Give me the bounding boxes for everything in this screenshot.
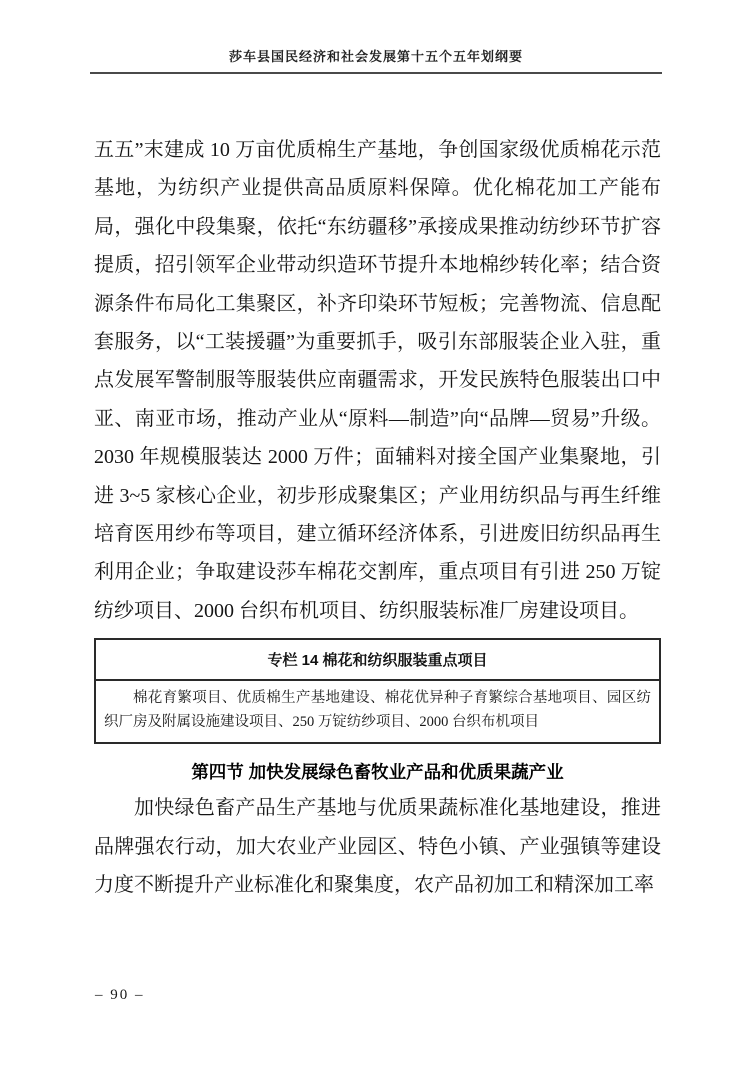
section-heading: 第四节 加快发展绿色畜牧业产品和优质果蔬产业 — [94, 759, 661, 784]
document-page: 莎车县国民经济和社会发展第十五个五年划纲要 五五”末建成 10 万亩优质棉生产基… — [0, 0, 753, 1066]
paragraph-textile-industry: 五五”末建成 10 万亩优质棉生产基地，争创国家级优质棉花示范基地，为纺织产业提… — [94, 131, 661, 630]
page-content: 五五”末建成 10 万亩优质棉生产基地，争创国家级优质棉花示范基地，为纺织产业提… — [94, 131, 661, 905]
column-box-title: 专栏 14 棉花和纺织服装重点项目 — [96, 640, 659, 681]
paragraph-agriculture: 加快绿色畜产品生产基地与优质果蔬标准化基地建设，推进品牌强农行动，加大农业产业园… — [94, 789, 661, 904]
running-header-title: 莎车县国民经济和社会发展第十五个五年划纲要 — [90, 46, 662, 65]
page-footer: – 90 – — [95, 987, 145, 1004]
page-header: 莎车县国民经济和社会发展第十五个五年划纲要 — [90, 46, 662, 74]
column-box-14: 专栏 14 棉花和纺织服装重点项目 棉花育繁项目、优质棉生产基地建设、棉花优异种… — [94, 638, 661, 744]
column-box-content: 棉花育繁项目、优质棉生产基地建设、棉花优异种子育繁综合基地项目、园区纺织厂房及附… — [96, 681, 659, 742]
page-number: – 90 – — [95, 987, 145, 1003]
